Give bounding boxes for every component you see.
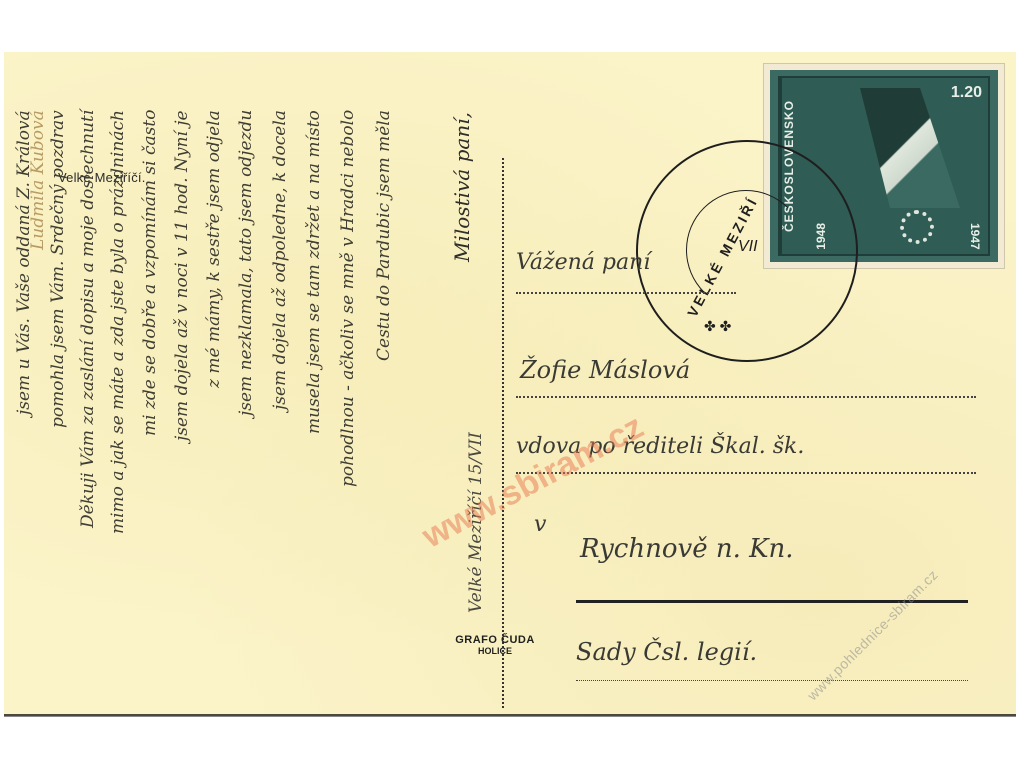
address-preposition: v [534,512,546,537]
sail-icon [860,88,960,208]
message-line: Děkuji Vám za zaslání dopisu a moje dosl… [78,110,98,760]
gear-icon [900,210,934,244]
message-line: pohodlnou - ačkoliv se mně v Hradci nebo… [338,110,358,760]
publisher-town: HOLICE [440,646,550,656]
publisher-name: GRAFO ČUDA [440,634,550,646]
message-line: jsem nezklamala, tato jsem odjezdu [236,110,256,760]
message-line: mimo a jak se máte a zda jste byla o prá… [108,110,128,760]
stamp-value: 1.20 [951,84,982,102]
address-line-street [576,652,968,681]
message-line: jsem dojela až odpoledne, k docela [270,110,290,760]
address-town: Rychnově n. Kn. [580,534,794,564]
handwritten-message: jsem u Vás. Vaše oddaná Z. Králová Ludmi… [14,110,454,760]
message-line: mi zde se dobře a vzpomínám si často [140,110,160,760]
postmark: VELKÉ MEZIŘÍ VII ✤ ✤ [636,140,858,362]
dotted-divider [502,158,504,708]
message-line: jsem dojela až v noci v 11 hod. Nyní je [172,110,192,760]
sender-place-date: Velké Meziříčí 15/VII [466,432,486,732]
message-line: musela jsem se tam zdržet a na místo [304,110,324,760]
postcard-back: Velké Meziříčí. jsem u Vás. Vaše oddaná … [4,52,1016,716]
address-line-2 [516,368,976,398]
message-line: z mé mámy, k sestře jsem odjela [204,110,224,760]
message-line: pomohla jsem Vám. Srdečný pozdrav [48,110,68,760]
stamp-year-right: 1947 [968,223,982,250]
postmark-date: VII [738,238,758,256]
address-line-1 [516,264,736,294]
message-line: Cestu do Pardubic jsem měla [374,110,394,760]
clover-ornament-icon: ✤ ✤ [704,318,731,335]
publisher-mark: GRAFO ČUDA HOLICE [440,634,550,656]
message-line-faded: Ludmila Kubová [28,110,48,760]
